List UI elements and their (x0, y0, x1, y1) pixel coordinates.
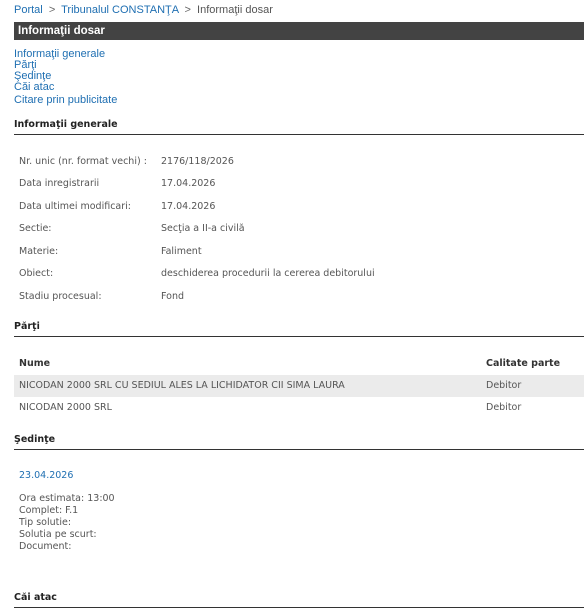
breadcrumb-tribunal-link[interactable]: Tribunalul CONSTANŢA (61, 4, 178, 16)
info-row-obiect: Obiect: deschiderea procedurii la cerere… (19, 268, 53, 279)
column-header-nume: Nume (19, 358, 50, 369)
info-label: Nr. unic (nr. format vechi) : (19, 156, 147, 167)
info-value: deschiderea procedurii la cererea debito… (161, 268, 375, 279)
breadcrumb-separator: > (185, 4, 191, 16)
parti-table: Nume Calitate parte NICODAN 2000 SRL CU … (14, 353, 584, 419)
breadcrumb-current: Informaţii dosar (197, 4, 273, 16)
sedinta-date-link[interactable]: 23.04.2026 (19, 470, 73, 481)
info-row-materie: Materie: Faliment (19, 246, 58, 257)
cell-nume: NICODAN 2000 SRL (19, 402, 112, 413)
info-row-stadiu-procesual: Stadiu procesual: Fond (19, 291, 102, 302)
info-label: Data ultimei modificari: (19, 201, 131, 212)
info-label: Materie: (19, 246, 58, 257)
info-value: Fond (161, 291, 184, 302)
info-value: 17.04.2026 (161, 201, 215, 212)
cell-nume: NICODAN 2000 SRL CU SEDIUL ALES LA LICHI… (19, 380, 345, 391)
info-row-data-ultimei-modificari: Data ultimei modificari: 17.04.2026 (19, 201, 131, 212)
table-row: NICODAN 2000 SRL CU SEDIUL ALES LA LICHI… (14, 375, 584, 397)
column-header-calitate: Calitate parte (486, 358, 560, 369)
info-label: Stadiu procesual: (19, 291, 102, 302)
sedinta-document: Document: (19, 541, 115, 553)
table-header: Nume Calitate parte (14, 353, 584, 375)
cell-calitate: Debitor (486, 380, 521, 391)
page-title-bar: Informaţii dosar (14, 22, 584, 40)
info-row-sectie: Sectie: Secţia a II-a civilă (19, 223, 52, 234)
info-value: 17.04.2026 (161, 178, 215, 189)
info-value: Secţia a II-a civilă (161, 223, 245, 234)
nav-link-citare-publicitate[interactable]: Citare prin publicitate (14, 95, 117, 106)
sedinta-solutia-pe-scurt: Solutia pe scurt: (19, 529, 115, 541)
info-row-nr-unic: Nr. unic (nr. format vechi) : 2176/118/2… (19, 156, 147, 167)
section-heading-cai-atac: Căi atac (14, 592, 584, 608)
sedinta-tip-solutie: Tip solutie: (19, 517, 115, 529)
sedinta-ora-estimata: Ora estimata: 13:00 (19, 493, 115, 505)
table-row: NICODAN 2000 SRL Debitor (14, 397, 584, 419)
info-value: Faliment (161, 246, 202, 257)
info-label: Data inregistrarii (19, 178, 99, 189)
info-label: Obiect: (19, 268, 53, 279)
breadcrumb-separator: > (49, 4, 55, 16)
info-label: Sectie: (19, 223, 52, 234)
info-value: 2176/118/2026 (161, 156, 234, 167)
info-row-data-inregistrarii: Data inregistrarii 17.04.2026 (19, 178, 99, 189)
breadcrumb-portal-link[interactable]: Portal (14, 4, 43, 16)
sedinta-details: Ora estimata: 13:00 Complet: F.1 Tip sol… (19, 493, 115, 553)
section-heading-informatii-generale: Informaţii generale (14, 119, 584, 135)
section-heading-parti: Părţi (14, 321, 584, 337)
breadcrumb: Portal > Tribunalul CONSTANŢA > Informaţ… (14, 4, 273, 16)
cell-calitate: Debitor (486, 402, 521, 413)
sedinta-complet: Complet: F.1 (19, 505, 115, 517)
section-heading-sedinte: Şedinţe (14, 434, 584, 450)
section-nav: Informaţii generale Părţi Şedinţe Căi at… (14, 49, 117, 106)
nav-link-cai-atac[interactable]: Căi atac (14, 82, 117, 93)
